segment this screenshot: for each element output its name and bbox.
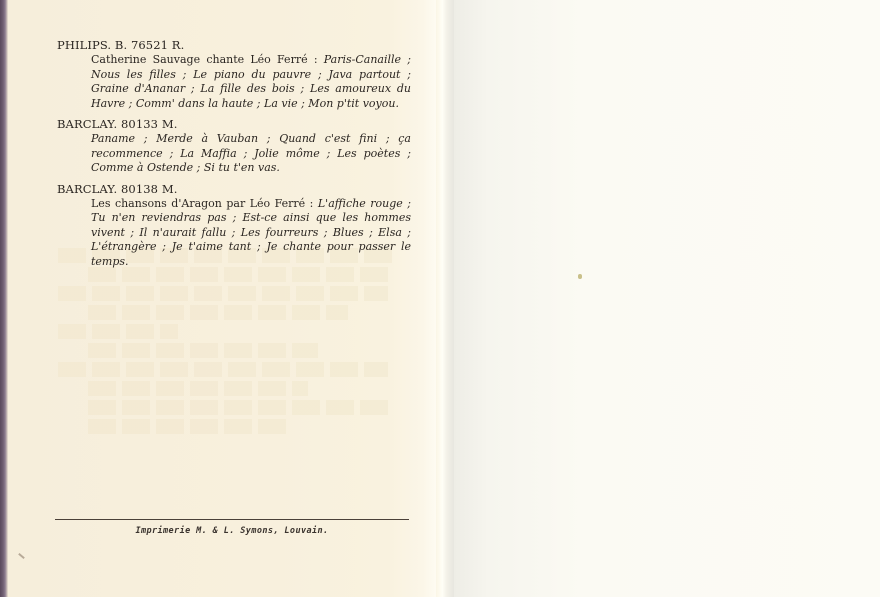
record-description: Les chansons d'Aragon par Léo Ferré : L'… (57, 197, 411, 270)
paper-speck (578, 274, 582, 279)
record-songs: Paname ; Merde à Vauban ; Quand c'est fi… (91, 132, 411, 174)
book-spine-edge (0, 0, 8, 597)
discography-list: PHILIPS. B. 76521 R. Catherine Sauvage c… (57, 38, 411, 275)
record-description: Catherine Sauvage chante Léo Ferré : Par… (57, 53, 411, 111)
record-entry: PHILIPS. B. 76521 R. Catherine Sauvage c… (57, 38, 411, 111)
record-intro: Catherine Sauvage chante Léo Ferré : (91, 53, 324, 66)
record-label: BARCLAY. 80138 M. (57, 182, 411, 197)
record-label: BARCLAY. 80133 M. (57, 117, 411, 132)
record-entry: BARCLAY. 80138 M. Les chansons d'Aragon … (57, 182, 411, 270)
right-page-blank (454, 0, 880, 597)
printer-imprint: Imprimerie M. & L. Symons, Louvain. (55, 526, 409, 536)
record-intro: Les chansons d'Aragon par Léo Ferré : (91, 197, 318, 210)
record-label: PHILIPS. B. 76521 R. (57, 38, 411, 53)
record-entry: BARCLAY. 80133 M. Paname ; Merde à Vauba… (57, 117, 411, 176)
page-gutter (436, 0, 454, 597)
footer-rule (55, 519, 409, 520)
record-description: Paname ; Merde à Vauban ; Quand c'est fi… (57, 132, 411, 176)
